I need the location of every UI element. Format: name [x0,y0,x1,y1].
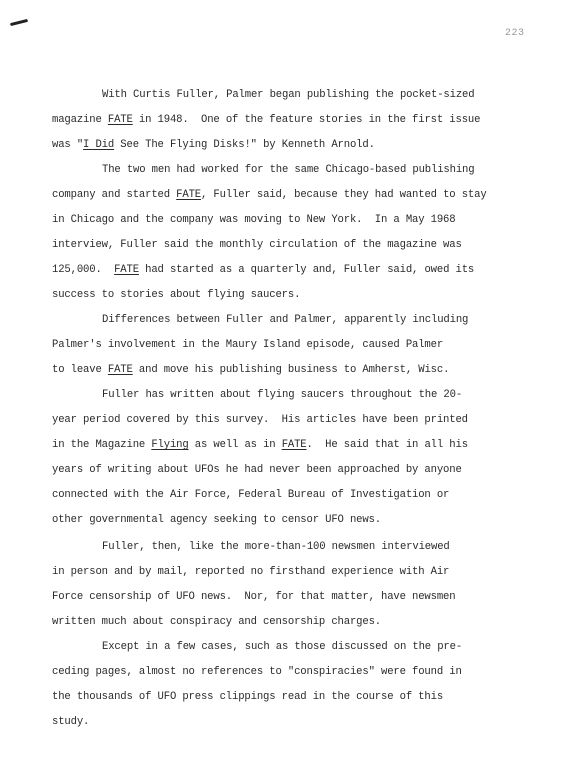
text-line: Force censorship of UFO news. Nor, for t… [52,590,455,604]
text-segment: in the Magazine [52,439,151,451]
text-segment: interview, Fuller said the monthly circu… [52,239,462,251]
text-segment: Except in a few cases, such as those dis… [102,641,462,653]
text-line: ceding pages, almost no references to "c… [52,665,462,679]
text-line: year period covered by this survey. His … [52,413,468,427]
text-segment: , Fuller said, because they had wanted t… [201,189,487,201]
text-line: was "I Did See The Flying Disks!" by Ken… [52,138,375,152]
text-segment: 125,000. [52,264,114,276]
text-segment: as well as in [189,439,282,451]
underlined-title: FATE [176,189,201,201]
text-line: Differences between Fuller and Palmer, a… [102,313,468,327]
text-segment: With Curtis Fuller, Palmer began publish… [102,89,474,101]
text-line: The two men had worked for the same Chic… [102,163,474,177]
text-line: magazine FATE in 1948. One of the featur… [52,113,480,127]
underlined-title: FATE [282,439,307,451]
text-line: to leave FATE and move his publishing bu… [52,363,449,377]
text-line: other governmental agency seeking to cen… [52,513,381,527]
text-segment: and move his publishing business to Amhe… [133,364,450,376]
text-line: Except in a few cases, such as those dis… [102,640,462,654]
text-segment: Fuller has written about flying saucers … [102,389,462,401]
text-segment: ceding pages, almost no references to "c… [52,666,462,678]
text-line: interview, Fuller said the monthly circu… [52,238,462,252]
text-segment: was " [52,139,83,151]
text-line: company and started FATE, Fuller said, b… [52,188,487,202]
text-segment: year period covered by this survey. His … [52,414,468,426]
underlined-title: FATE [108,364,133,376]
text-line: Palmer's involvement in the Maury Island… [52,338,443,352]
text-segment: study. [52,716,89,728]
staple-mark-icon [10,19,28,26]
text-segment: success to stories about flying saucers. [52,289,300,301]
text-segment: Differences between Fuller and Palmer, a… [102,314,468,326]
text-segment: The two men had worked for the same Chic… [102,164,474,176]
text-line: in person and by mail, reported no first… [52,565,449,579]
text-segment: in 1948. One of the feature stories in t… [133,114,481,126]
text-line: success to stories about flying saucers. [52,288,300,302]
underlined-title: FATE [108,114,133,126]
text-segment: in person and by mail, reported no first… [52,566,449,578]
text-segment: to leave [52,364,108,376]
underlined-title: FATE [114,264,139,276]
text-segment: other governmental agency seeking to cen… [52,514,381,526]
text-segment: connected with the Air Force, Federal Bu… [52,489,449,501]
underlined-title: Flying [151,439,188,451]
text-line: years of writing about UFOs he had never… [52,463,462,477]
text-segment: Force censorship of UFO news. Nor, for t… [52,591,455,603]
text-line: written much about conspiracy and censor… [52,615,381,629]
text-segment: years of writing about UFOs he had never… [52,464,462,476]
text-line: the thousands of UFO press clippings rea… [52,690,443,704]
text-line: study. [52,715,89,729]
text-segment: Fuller, then, like the more-than-100 new… [102,541,450,553]
text-segment: . He said that in all his [307,439,468,451]
text-segment: See The Flying Disks!" by Kenneth Arnold… [114,139,375,151]
text-segment: Palmer's involvement in the Maury Island… [52,339,443,351]
text-line: With Curtis Fuller, Palmer began publish… [102,88,474,102]
text-segment: in Chicago and the company was moving to… [52,214,455,226]
text-line: Fuller, then, like the more-than-100 new… [102,540,450,554]
text-segment: company and started [52,189,176,201]
text-segment: magazine [52,114,108,126]
text-line: connected with the Air Force, Federal Bu… [52,488,449,502]
text-line: in Chicago and the company was moving to… [52,213,455,227]
underlined-title: I Did [83,139,114,151]
text-line: Fuller has written about flying saucers … [102,388,462,402]
page-number: 223 [505,28,525,39]
text-segment: written much about conspiracy and censor… [52,616,381,628]
text-segment: the thousands of UFO press clippings rea… [52,691,443,703]
text-line: 125,000. FATE had started as a quarterly… [52,263,474,277]
text-segment: had started as a quarterly and, Fuller s… [139,264,474,276]
text-line: in the Magazine Flying as well as in FAT… [52,438,468,452]
